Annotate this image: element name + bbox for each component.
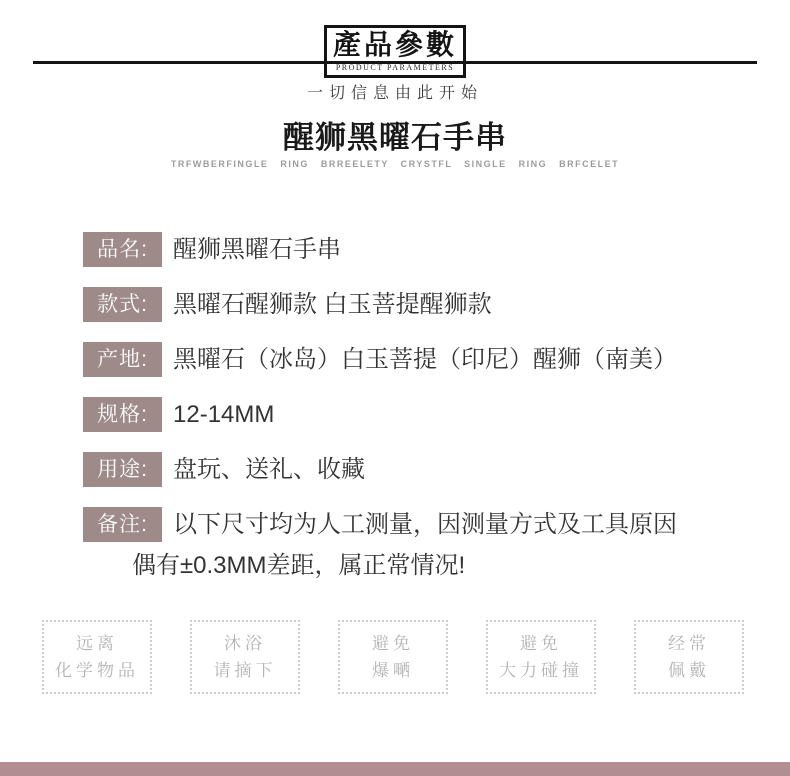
care-tip-line1: 避免 bbox=[372, 630, 414, 657]
care-tip-line1: 经常 bbox=[668, 630, 710, 657]
spec-row-name: 品名: 醒狮黑曜石手串 bbox=[83, 232, 760, 267]
spec-value-usage: 盘玩、送礼、收藏 bbox=[173, 452, 365, 487]
bottom-accent-bar bbox=[0, 762, 790, 776]
care-tip-line2: 大力碰撞 bbox=[499, 657, 583, 684]
spec-row-origin: 产地: 黑曜石（冰岛）白玉菩提（印尼）醒狮（南美） bbox=[83, 342, 760, 377]
care-tip-wear-often: 经常 佩戴 bbox=[634, 620, 744, 694]
care-tip-sun-exposure: 避免 爆嗮 bbox=[338, 620, 448, 694]
header-title-box: 產品參數 PRODUCT PARAMETERS bbox=[324, 25, 466, 78]
spec-label-name: 品名: bbox=[83, 232, 162, 267]
care-tip-line2: 爆嗮 bbox=[372, 657, 414, 684]
spec-row-style: 款式: 黑曜石醒狮款 白玉菩提醒狮款 bbox=[83, 287, 760, 322]
spec-label-usage: 用途: bbox=[83, 452, 162, 487]
care-tip-impact: 避免 大力碰撞 bbox=[486, 620, 596, 694]
spec-label-size: 规格: bbox=[83, 397, 162, 432]
product-parameters-page: 產品參數 PRODUCT PARAMETERS 一切信息由此开始 醒狮黑曜石手串… bbox=[0, 0, 790, 776]
product-subtitle-en: TRFWBERFINGLE RING BRREELETY CRYSTFL SIN… bbox=[0, 159, 790, 169]
product-title: 醒狮黑曜石手串 bbox=[0, 112, 790, 157]
care-tip-chemicals: 远离 化学物品 bbox=[42, 620, 152, 694]
spec-value-remark-line1: 以下尺寸均为人工测量，因测量方式及工具原因 bbox=[173, 507, 677, 542]
care-tip-line2: 请摘下 bbox=[214, 657, 277, 684]
care-tip-line1: 远离 bbox=[76, 630, 118, 657]
care-tip-line2: 佩戴 bbox=[668, 657, 710, 684]
care-tip-line1: 避免 bbox=[520, 630, 562, 657]
header-title-en: PRODUCT PARAMETERS bbox=[327, 62, 463, 73]
spec-value-style: 黑曜石醒狮款 白玉菩提醒狮款 bbox=[173, 287, 492, 322]
spec-value-size: 12-14MM bbox=[173, 397, 274, 432]
care-tip-bathing: 沐浴 请摘下 bbox=[190, 620, 300, 694]
spec-value-remark-line2: 偶有±0.3MM差距，属正常情况! bbox=[132, 548, 760, 583]
spec-row-size: 规格: 12-14MM bbox=[83, 397, 760, 432]
spec-label-style: 款式: bbox=[83, 287, 162, 322]
care-tips-row: 远离 化学物品 沐浴 请摘下 避免 爆嗮 避免 大力碰撞 经常 佩戴 bbox=[42, 620, 744, 694]
spec-value-origin: 黑曜石（冰岛）白玉菩提（印尼）醒狮（南美） bbox=[173, 342, 677, 377]
spec-row-usage: 用途: 盘玩、送礼、收藏 bbox=[83, 452, 760, 487]
care-tip-line2: 化学物品 bbox=[55, 657, 139, 684]
header-tagline: 一切信息由此开始 bbox=[0, 80, 790, 103]
spec-list: 品名: 醒狮黑曜石手串 款式: 黑曜石醒狮款 白玉菩提醒狮款 产地: 黑曜石（冰… bbox=[83, 232, 760, 583]
spec-value-name: 醒狮黑曜石手串 bbox=[173, 232, 341, 267]
spec-label-remark: 备注: bbox=[83, 507, 162, 542]
care-tip-line1: 沐浴 bbox=[224, 630, 266, 657]
spec-label-origin: 产地: bbox=[83, 342, 162, 377]
header-title-cn: 產品參數 bbox=[327, 29, 463, 62]
spec-row-remark: 备注: 以下尺寸均为人工测量，因测量方式及工具原因 bbox=[83, 507, 760, 542]
